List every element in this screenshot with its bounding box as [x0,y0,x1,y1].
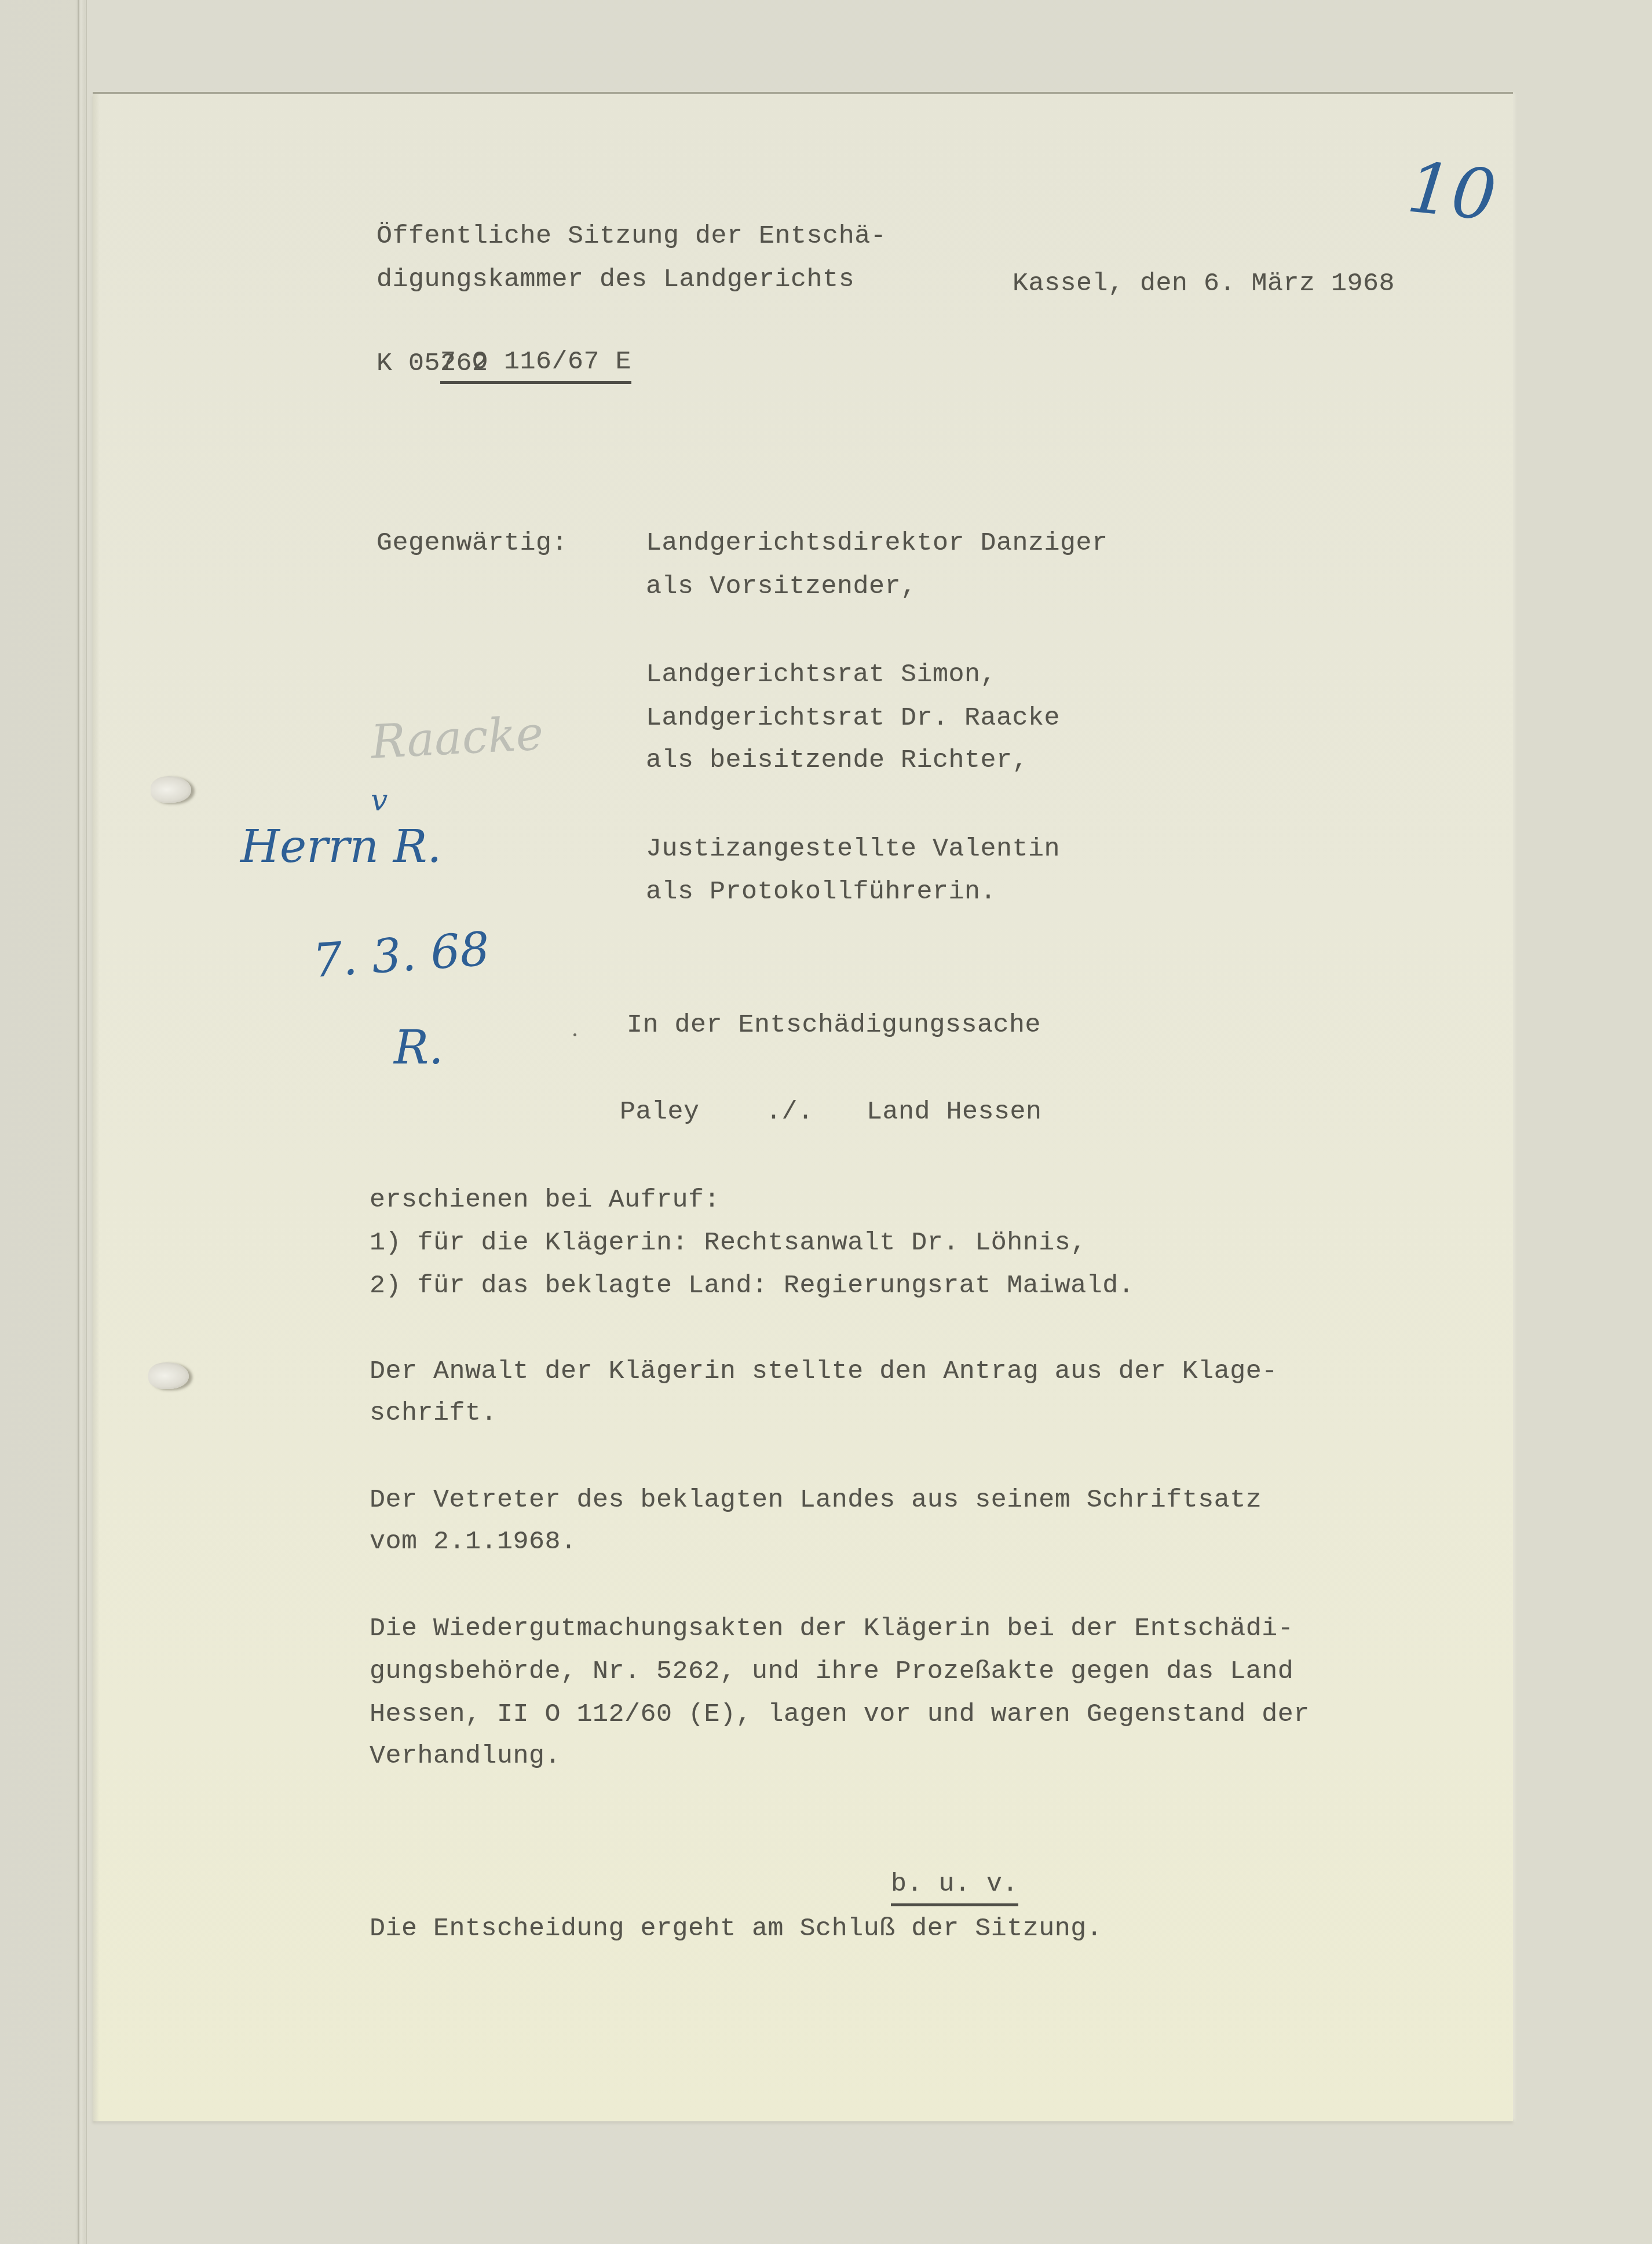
handwritten-page-number: 10 [1404,147,1500,236]
paragraph-1-line-1: Der Anwalt der Klägerin stellte den Antr… [370,1350,1278,1393]
paragraph-1-line-2: schrift. [370,1391,497,1435]
punch-hole-bottom [148,1362,189,1389]
present-line-clerk-role: als Protokollführerin. [646,870,996,913]
paragraph-3-line-3: Hessen, II O 112/60 (E), lagen vor und w… [370,1693,1310,1736]
paragraph-3-line-4: Verhandlung. [370,1734,561,1778]
margin-note-recipient: Herrn R. [240,821,441,873]
present-line-presiding-judge: Landgerichtsdirektor Danziger [646,521,1108,565]
case-defendant: Land Hessen [867,1090,1042,1134]
paragraph-3-line-2: gungsbehörde, Nr. 5262, und ihre Prozeßa… [370,1650,1293,1693]
appearance-defendant-representative: 2) für das beklagte Land: Regierungsrat … [370,1264,1134,1307]
paragraph-2-line-1: Der Vetreter des beklagten Landes aus se… [370,1478,1262,1522]
punch-hole-top [151,776,191,803]
ink-speck [573,1033,576,1036]
folder-binding-line [78,0,79,2244]
pencil-signature: Raacke [370,706,545,769]
session-title-line-1: Öffentliche Sitzung der Entschä- [377,214,886,258]
case-plaintiff: Paley [620,1090,700,1134]
place-and-date: Kassel, den 6. März 1968 [1013,262,1395,305]
present-line-associate-role: als beisitzende Richter, [646,739,1028,782]
reference-number: K 05262 [377,342,488,385]
folder-binding-line-inner [86,0,87,2244]
present-line-associate-judge-1: Landgerichtsrat Simon, [646,653,996,696]
document-sheet: 10 Öffentliche Sitzung der Entschä- digu… [93,94,1513,2121]
resolution-label-text: b. u. v. [891,1866,1018,1906]
sheet-edge-shadow [93,94,100,2121]
case-intro: In der Entschädigungssache [627,1003,1041,1047]
paragraph-3-line-1: Die Wiedergutmachungsakten der Klägerin … [370,1607,1293,1650]
present-line-clerk: Justizangestellte Valentin [646,827,1060,871]
margin-note-initials: R. [394,1021,444,1075]
margin-note-mark: v [371,783,388,818]
present-label: Gegenwärtig: [377,521,568,565]
decision-statement: Die Entscheidung ergeht am Schluß der Si… [370,1907,1102,1950]
margin-note-date: 7. 3. 68 [311,922,491,988]
present-line-associate-judge-2: Landgerichtsrat Dr. Raacke [646,696,1060,740]
appearances-intro: erschienen bei Aufruf: [370,1178,720,1222]
appearance-plaintiff-counsel: 1) für die Klägerin: Rechtsanwalt Dr. Lö… [370,1221,1087,1264]
present-line-presiding-role: als Vorsitzender, [646,565,917,608]
case-versus: ./. [766,1090,814,1134]
paragraph-2-line-2: vom 2.1.1968. [370,1520,577,1563]
session-title-line-2: digungskammer des Landgerichts [377,258,854,301]
